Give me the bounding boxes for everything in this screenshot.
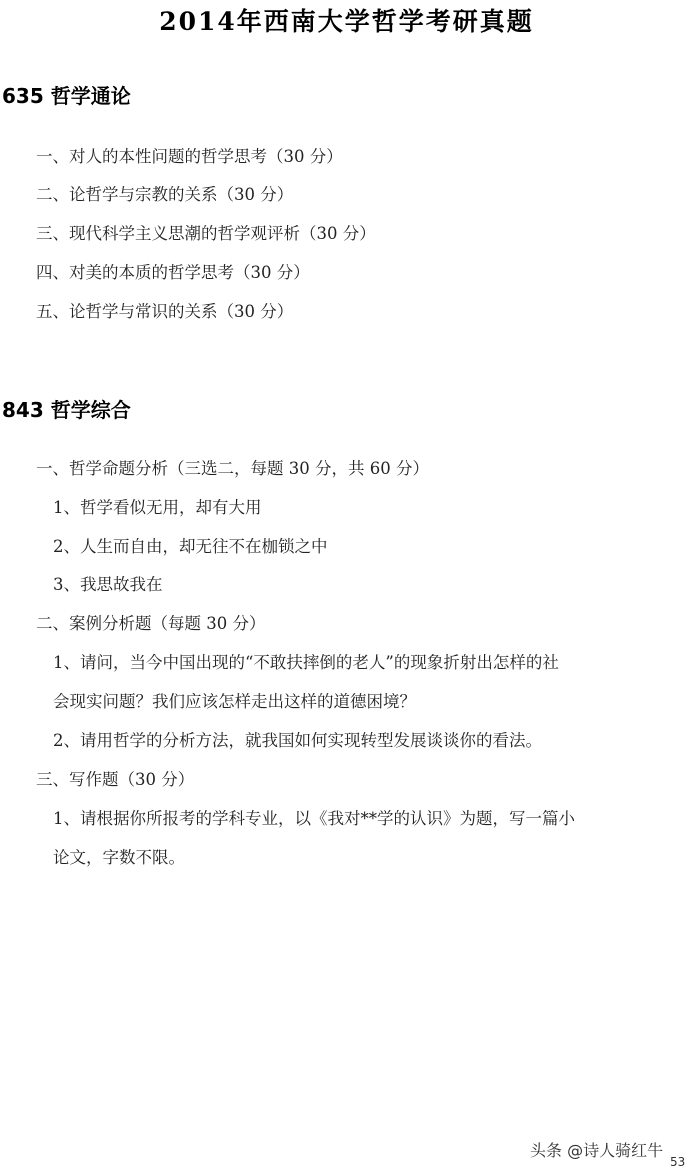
section-heading-635: 635 哲学通论 (2, 80, 131, 109)
question-item-continuation: 会现实问题？我们应该怎样走出这样的道德困境？ (53, 688, 416, 712)
question-item: 1、请问，当今中国出现的“不敢扶摔倒的老人”的现象折射出怎样的社 (53, 649, 559, 673)
question-item: 四、对美的本质的哲学思考（30 分） (36, 259, 310, 283)
part-label: 一、哲学命题分析（三选二，每题 30 分，共 60 分） (36, 455, 429, 479)
watermark: 头条 @诗人骑红牛 (530, 1138, 663, 1161)
part-label: 二、案例分析题（每题 30 分） (36, 610, 266, 634)
section-heading-843: 843 哲学综合 (2, 394, 131, 423)
part-label: 三、写作题（30 分） (36, 766, 194, 790)
question-item: 2、请用哲学的分析方法，就我国如何实现转型发展谈谈你的看法。 (53, 727, 542, 751)
question-item: 一、对人的本性问题的哲学思考（30 分） (36, 143, 343, 167)
question-item: 2、人生而自由，却无往不在枷锁之中 (53, 533, 328, 557)
question-item: 五、论哲学与常识的关系（30 分） (36, 298, 293, 322)
question-item-continuation: 论文，字数不限。 (53, 844, 185, 868)
document-title: 2014年西南大学哲学考研真题 (0, 2, 693, 38)
question-item: 三、现代科学主义思潮的哲学观评析（30 分） (36, 220, 376, 244)
question-item: 3、我思故我在 (53, 571, 163, 595)
question-item: 1、哲学看似无用，却有大用 (53, 494, 262, 518)
question-item: 二、论哲学与宗教的关系（30 分） (36, 181, 293, 205)
question-item: 1、请根据你所报考的学科专业，以《我对**学的认识》为题，写一篇小 (53, 805, 575, 829)
page-number: 53 (670, 1155, 685, 1169)
